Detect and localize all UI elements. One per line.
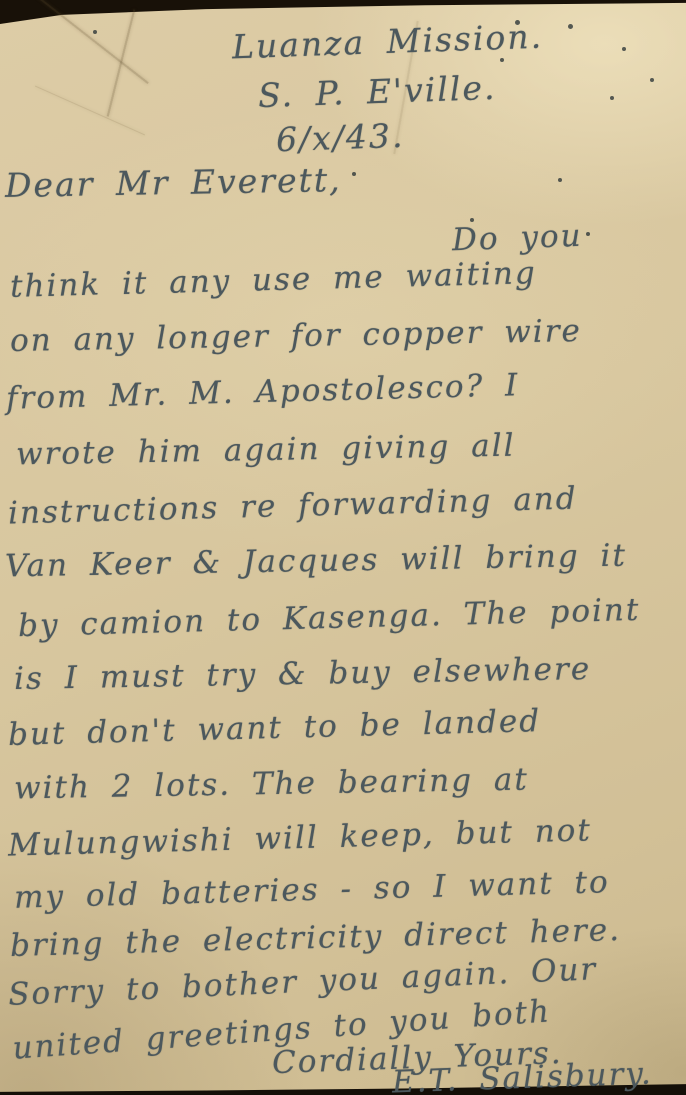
letter-body-line: instructions re forwarding and: [8, 481, 578, 532]
letter-body-line: is I must try & buy elsewhere: [14, 651, 592, 697]
letter-body-line: with 2 lots. The bearing at: [14, 762, 529, 807]
ink-speck: [622, 47, 626, 51]
letter-body-line: from Mr. M. Apostolesco? I: [6, 367, 520, 416]
scanned-letter: Luanza Mission. S. P. E'ville. 6/x/43. D…: [0, 0, 686, 1095]
ink-speck: [610, 96, 614, 100]
letter-body-line: but don't want to be landed: [8, 703, 542, 753]
ink-speck: [650, 78, 654, 82]
ink-speck: [500, 58, 504, 62]
letter-body-line: my old batteries - so I want to: [14, 864, 610, 916]
ink-speck: [352, 172, 356, 176]
paper-crease: [35, 86, 145, 136]
letter-heading-date: 6/x/43.: [275, 116, 405, 159]
letter-heading-mission: Luanza Mission.: [231, 17, 543, 67]
letter-body-line: wrote him again giving all: [16, 428, 516, 473]
letter-opening-words: Do you: [451, 218, 583, 259]
scan-edge-top: [0, 0, 686, 24]
letter-body-line: think it any use me waiting: [10, 255, 538, 305]
ink-speck: [568, 24, 573, 29]
paper-crease: [107, 9, 136, 116]
letter-body-line: Van Keer & Jacques will bring it: [5, 538, 627, 585]
letter-heading-place: S. P. E'ville.: [257, 68, 497, 115]
ink-speck: [558, 178, 562, 182]
letter-body-line: by camion to Kasenga. The point: [18, 592, 641, 644]
letter-salutation: Dear Mr Everett,: [5, 160, 342, 205]
letter-body-line: Mulungwishi will keep, but not: [8, 812, 593, 863]
letter-body-line: on any longer for copper wire: [10, 313, 582, 359]
ink-speck: [93, 30, 97, 34]
ink-speck: [586, 232, 590, 236]
